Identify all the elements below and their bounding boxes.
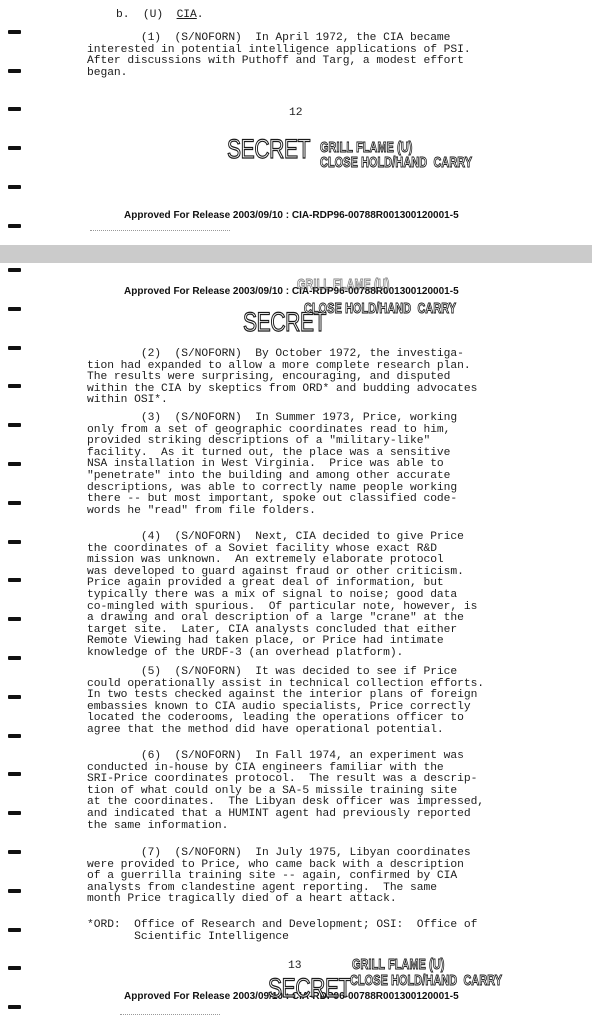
scan-specks (120, 1014, 220, 1016)
margin-tick (8, 850, 21, 854)
document-page-12: b. (U) CIA. (1) (S/NOFORN) In April 1972… (0, 0, 592, 245)
margin-tick (8, 928, 21, 932)
margin-tick (8, 811, 21, 815)
margin-tick (8, 889, 21, 893)
page-separator (0, 245, 592, 263)
section-heading-prefix: b. (U) (116, 9, 177, 21)
margin-tick (8, 462, 21, 466)
margin-tick (8, 69, 21, 73)
margin-tick (8, 734, 21, 738)
margin-tick (8, 423, 21, 427)
margin-tick (8, 617, 21, 621)
margin-tick (8, 30, 21, 34)
section-heading-title: CIA (177, 9, 197, 21)
paragraph-5: (5) (S/NOFORN) It was decided to see if … (87, 667, 484, 737)
margin-tick (8, 307, 21, 311)
document-page-13: Approved For Release 2003/09/10 : CIA-RD… (0, 263, 592, 1024)
margin-tick (8, 772, 21, 776)
paragraph-4: (4) (S/NOFORN) Next, CIA decided to give… (87, 532, 477, 660)
margin-tick (8, 107, 21, 111)
paragraph-3: (3) (S/NOFORN) In Summer 1973, Price, wo… (87, 413, 457, 517)
margin-tick (8, 695, 21, 699)
paragraph-7: (7) (S/NOFORN) In July 1975, Libyan coor… (87, 848, 471, 906)
section-heading: b. (U) CIA. (116, 10, 204, 22)
section-heading-suffix: . (197, 9, 204, 21)
footnote: *ORD: Office of Research and Development… (87, 920, 477, 943)
caveat-stamp-line2: CLOSE HOLD/HAND CARRY (320, 154, 472, 171)
scan-specks (90, 230, 230, 232)
paragraph-1: (1) (S/NOFORN) In April 1972, the CIA be… (87, 33, 471, 79)
caveat-stamp-faded: GRILL FLAME (U) (297, 277, 390, 292)
margin-tick (8, 1005, 21, 1009)
paragraph-2: (2) (S/NOFORN) By October 1972, the inve… (87, 349, 477, 407)
margin-tick (8, 656, 21, 660)
caveat-stamp: CLOSE HOLD/HAND CARRY (304, 301, 456, 316)
caveat-stamp: GRILL FLAME (U) CLOSE HOLD/HAND CARRY (320, 140, 472, 170)
page-number: 13 (288, 961, 301, 973)
caveat-stamp-line2: CLOSE HOLD/HAND CARRY (350, 973, 502, 988)
margin-tick (8, 578, 21, 582)
caveat-stamp-line1: GRILL FLAME (U) (352, 957, 445, 972)
margin-tick (8, 146, 21, 150)
margin-tick (8, 268, 21, 272)
release-footer: Approved For Release 2003/09/10 : CIA-RD… (124, 210, 459, 221)
margin-tick (8, 966, 21, 970)
page-number: 12 (289, 108, 302, 120)
paragraph-6: (6) (S/NOFORN) In Fall 1974, an experime… (87, 751, 484, 832)
margin-tick (8, 346, 21, 350)
margin-tick (8, 540, 21, 544)
release-header: Approved For Release 2003/09/10 : CIA-RD… (124, 286, 459, 297)
margin-tick (8, 224, 21, 228)
margin-tick (8, 384, 21, 388)
secret-stamp: SECRET (227, 134, 310, 165)
secret-stamp-overlay: SECRET (268, 973, 351, 1004)
margin-tick (8, 185, 21, 189)
margin-tick (8, 501, 21, 505)
